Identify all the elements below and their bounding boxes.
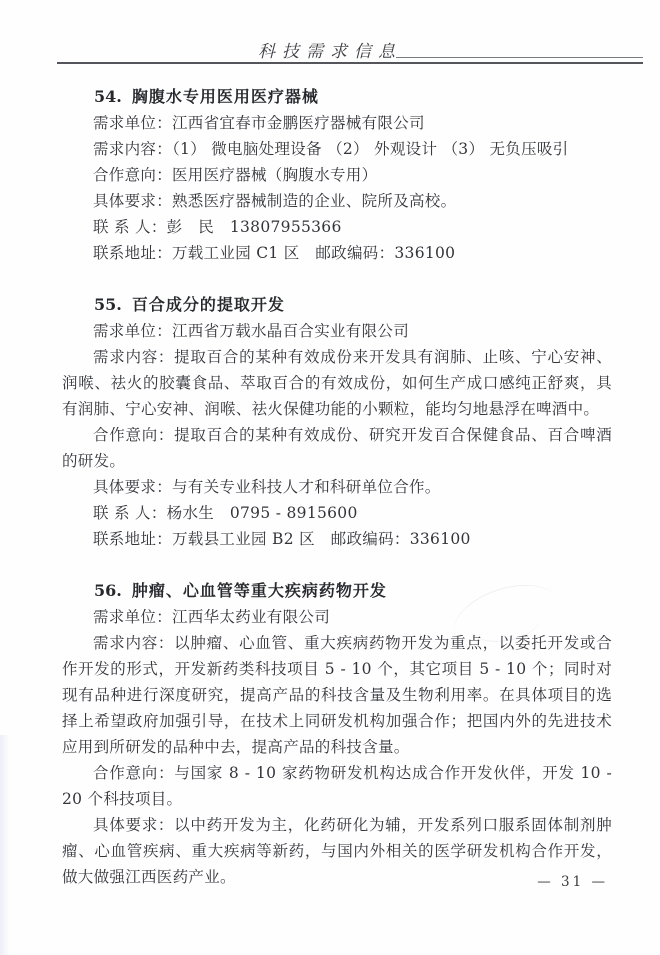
paragraph: 需求内容：以肿瘤、心血管、重大疾病药物开发为重点，以委托开发或合作开发的形式，开…	[62, 630, 612, 760]
paragraph: 需求内容：提取百合的某种有效成份来开发具有润肺、止咳、宁心安神、润喉、祛火的胶囊…	[62, 344, 612, 422]
paragraph: 需求单位：江西省万载水晶百合实业有限公司	[62, 318, 612, 344]
header-rule-short	[396, 57, 643, 58]
section-55-title: 百合成分的提取开发	[132, 295, 285, 314]
document-body: 54.胸腹水专用医用医疗器械 需求单位：江西省宜春市金鹏医疗器械有限公司 需求内…	[62, 84, 612, 890]
scanned-document-page: 科技需求信息 54.胸腹水专用医用医疗器械 需求单位：江西省宜春市金鹏医疗器械有…	[0, 0, 660, 955]
section-56: 56.肿瘤、心血管等重大疾病药物开发 需求单位：江西华太药业有限公司 需求内容：…	[62, 578, 612, 890]
section-54: 54.胸腹水专用医用医疗器械 需求单位：江西省宜春市金鹏医疗器械有限公司 需求内…	[62, 84, 612, 266]
section-55-number: 55.	[94, 295, 122, 314]
paragraph: 联系地址：万载县工业园 B2 区 邮政编码：336100	[62, 526, 612, 552]
section-56-title: 肿瘤、心血管等重大疾病药物开发	[132, 581, 387, 600]
paragraph: 联系地址：万载工业园 C1 区 邮政编码：336100	[62, 240, 612, 266]
paragraph: 联 系 人：杨水生 0795 - 8915600	[62, 500, 612, 526]
scan-edge-tint	[0, 735, 10, 955]
paragraph: 具体要求：以中药开发为主，化药研化为辅，开发系列口服系固体制剂肿瘤、心血管疾病、…	[62, 812, 612, 890]
section-56-heading: 56.肿瘤、心血管等重大疾病药物开发	[62, 578, 612, 604]
paragraph: 联 系 人：彭 民 13807955366	[62, 214, 612, 240]
section-55-heading: 55.百合成分的提取开发	[62, 292, 612, 318]
section-54-title: 胸腹水专用医用医疗器械	[132, 87, 319, 106]
section-55: 55.百合成分的提取开发 需求单位：江西省万载水晶百合实业有限公司 需求内容：提…	[62, 292, 612, 552]
paragraph: 需求内容：（1） 微电脑处理设备 （2） 外观设计 （3） 无负压吸引	[62, 136, 612, 162]
paragraph: 合作意向：提取百合的某种有效成份、研究开发百合保健食品、百合啤酒的研发。	[62, 422, 612, 474]
running-head-title: 科技需求信息	[0, 37, 660, 62]
paragraph: 具体要求：熟悉医疗器械制造的企业、院所及高校。	[62, 188, 612, 214]
paragraph: 需求单位：江西省宜春市金鹏医疗器械有限公司	[62, 110, 612, 136]
section-56-number: 56.	[94, 581, 122, 600]
page-number: — 31 —	[537, 874, 608, 890]
paragraph: 合作意向：与国家 8 - 10 家药物研发机构达成合作开发伙伴，开发 10 - …	[62, 760, 612, 812]
section-54-number: 54.	[94, 87, 122, 106]
paragraph: 具体要求：与有关专业科技人才和科研单位合作。	[62, 474, 612, 500]
paragraph: 需求单位：江西华太药业有限公司	[62, 604, 612, 630]
paragraph: 合作意向：医用医疗器械（胸腹水专用）	[62, 162, 612, 188]
header-rule-long	[57, 62, 643, 64]
section-54-heading: 54.胸腹水专用医用医疗器械	[62, 84, 612, 110]
